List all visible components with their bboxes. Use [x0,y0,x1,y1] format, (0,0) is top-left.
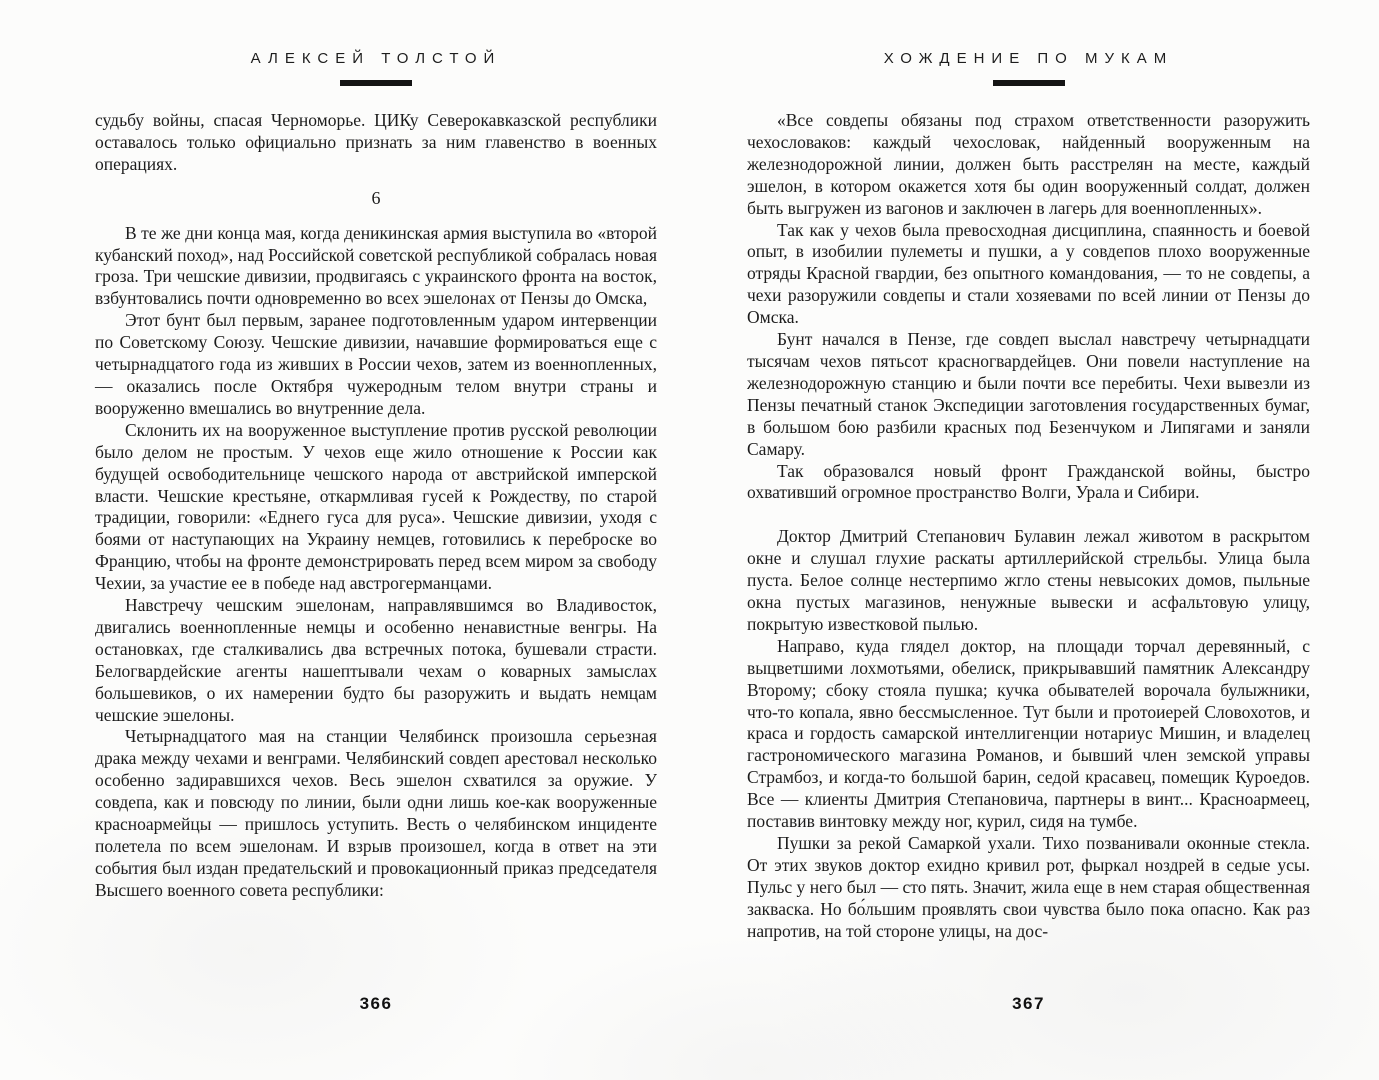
header-rule [993,80,1065,86]
paragraph: Бунт начался в Пензе, где совдеп выслал … [747,329,1310,460]
right-page: ХОЖДЕНИЕ ПО МУКАМ «Все совдепы обязаны п… [747,50,1310,943]
header-rule [340,80,412,86]
paragraph: Так как у чехов была превосходная дисцип… [747,220,1310,330]
paragraph: Этот бунт был первым, заранее подготовле… [95,310,657,420]
paragraph: Пушки за рекой Самаркой ухали. Тихо позв… [747,833,1310,943]
paragraph: Четырнадцатого мая на станции Челябинск … [95,726,657,901]
paragraph: судьбу войны, спасая Черноморье. ЦИКу Се… [95,110,657,176]
page-number-left: 366 [95,994,657,1014]
left-page-body: судьбу войны, спасая Черноморье. ЦИКу Се… [95,110,657,902]
page-number-right: 367 [747,994,1310,1014]
running-header-title: ХОЖДЕНИЕ ПО МУКАМ [747,50,1310,67]
running-header-author: АЛЕКСЕЙ ТОЛСТОЙ [95,50,657,67]
left-page: АЛЕКСЕЙ ТОЛСТОЙ судьбу войны, спасая Чер… [95,50,657,902]
paragraph: Доктор Дмитрий Степанович Булавин лежал … [747,526,1310,636]
paragraph: Навстречу чешским эшелонам, направлявшим… [95,595,657,726]
paragraph: Направо, куда глядел доктор, на площади … [747,636,1310,833]
paragraph: В те же дни конца мая, когда деникинская… [95,223,657,311]
paragraph: «Все совдепы обязаны под страхом ответст… [747,110,1310,220]
paragraph: 6 [95,188,657,210]
paragraph: Так образовался новый фронт Гражданской … [747,461,1310,505]
book-spread: АЛЕКСЕЙ ТОЛСТОЙ судьбу войны, спасая Чер… [0,0,1379,1080]
paragraph: Склонить их на вооруженное выступление п… [95,420,657,595]
right-page-body: «Все совдепы обязаны под страхом ответст… [747,110,1310,943]
